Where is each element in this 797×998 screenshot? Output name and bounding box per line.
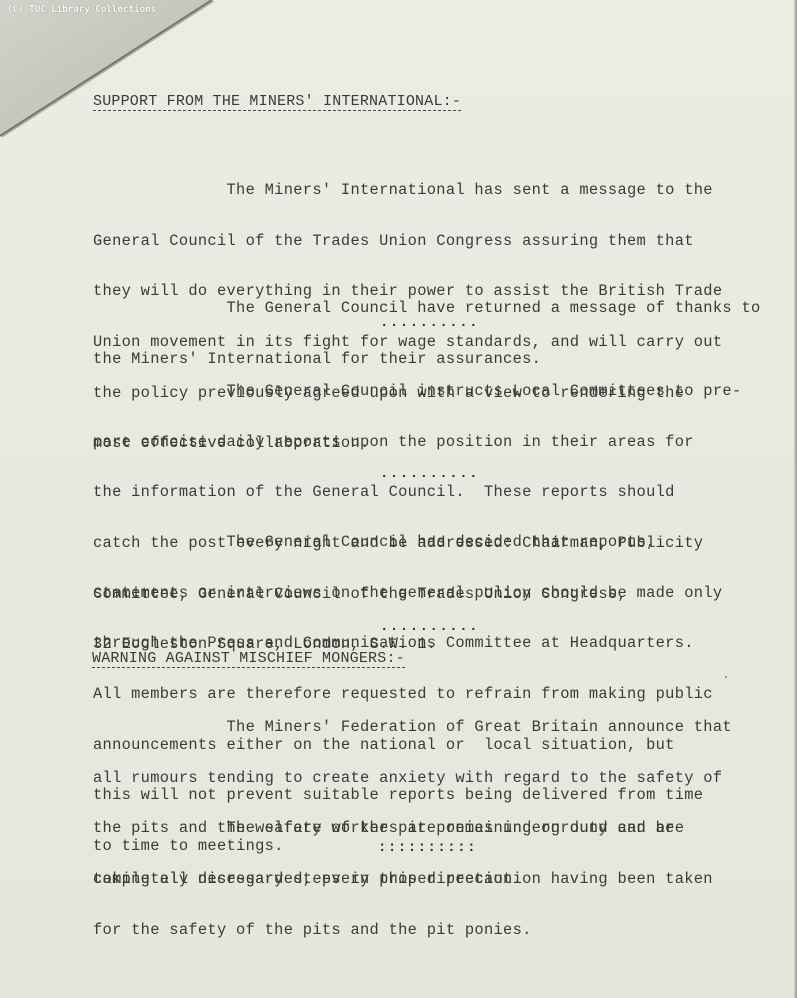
- text-line: statements or interviews on the general …: [93, 585, 722, 602]
- text-line: General Council of the Trades Union Cong…: [93, 233, 722, 250]
- document-page: (C) TUC Library Collections SUPPORT FROM…: [0, 0, 797, 998]
- text-line: taking all necessary steps in this direc…: [93, 871, 684, 888]
- copyright-watermark: (C) TUC Library Collections: [7, 4, 156, 15]
- paper-speck: [725, 676, 727, 678]
- separator-dots: ..........: [380, 619, 479, 635]
- separator-dots: ..........: [380, 466, 479, 482]
- text-line: all rumours tending to create anxiety wi…: [93, 770, 732, 787]
- text-line: The safety workers are remaining on duty…: [93, 820, 684, 837]
- separator-dots: ..........: [380, 315, 479, 331]
- text-line: The Miners' International has sent a mes…: [93, 182, 722, 199]
- text-line: The Miners' Federation of Great Britain …: [93, 719, 732, 736]
- text-line: The General Council has decided that rep…: [93, 534, 722, 551]
- end-separator-colons: ::::::::::: [378, 840, 477, 856]
- text-line: pare concise daily reports upon the posi…: [93, 434, 741, 451]
- text-line: The General Council instructs Local Comm…: [93, 383, 741, 400]
- section-heading-support: SUPPORT FROM THE MINERS' INTERNATIONAL:-: [93, 94, 461, 111]
- text-line: the information of the General Council. …: [93, 484, 741, 501]
- text-line: for the safety of the pits and the pit p…: [93, 922, 732, 939]
- section-heading-warning: WARNING AGAINST MISCHIEF MONGERS:-: [92, 651, 405, 668]
